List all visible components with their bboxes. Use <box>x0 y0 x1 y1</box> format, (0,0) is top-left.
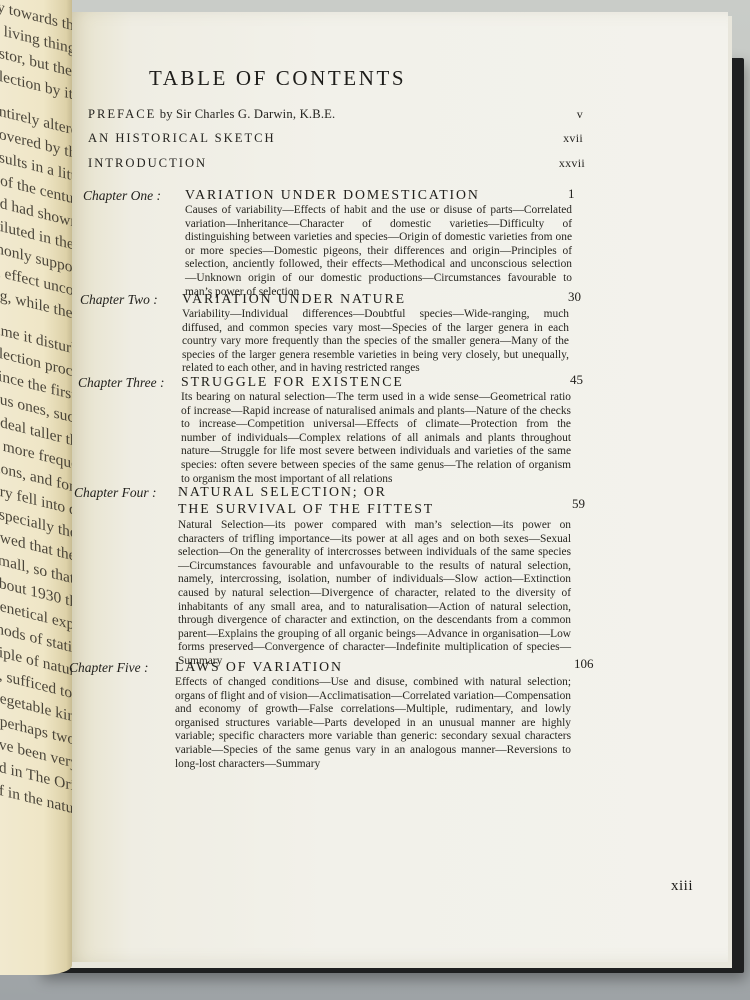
chapter-title: LAWS OF VARIATION <box>175 658 343 675</box>
chapter-description: Its bearing on natural selection—The ter… <box>181 391 571 486</box>
chapter-page-number: 106 <box>574 656 594 672</box>
toc-entry-preface: PREFACE by Sir Charles G. Darwin, K.B.E.… <box>88 107 583 122</box>
chapter-page-number: 59 <box>572 496 585 512</box>
toc-entry-historical-sketch: AN HISTORICAL SKETCH xvii <box>88 131 583 146</box>
entry-page-number: xxvii <box>559 156 585 171</box>
chapter-page-number: 45 <box>570 372 583 388</box>
chapter-label: Chapter Three : <box>78 375 165 391</box>
left-facing-page: ry towards they living thing waestor, bu… <box>0 0 72 975</box>
left-page-text: ry towards they living thing waestor, bu… <box>0 0 72 822</box>
chapter-description: Variability—Individual differences—Doubt… <box>182 308 569 376</box>
chapter-title: STRUGGLE FOR EXISTENCE <box>181 373 404 390</box>
chapter-label: Chapter Four : <box>74 485 157 501</box>
chapter-title: VARIATION UNDER DOMESTICATION <box>185 186 480 203</box>
chapter-label: Chapter One : <box>83 188 161 204</box>
entry-label-caps: PREFACE <box>88 107 156 121</box>
chapter-description: Effects of changed conditions—Use and di… <box>175 676 571 771</box>
entry-page-number: xvii <box>563 131 583 146</box>
chapter-page-number: 30 <box>568 289 581 305</box>
toc-entry-introduction: INTRODUCTION xxvii <box>88 156 585 171</box>
entry-label-caps: AN HISTORICAL SKETCH <box>88 131 276 145</box>
page-title: TABLE OF CONTENTS <box>149 66 406 91</box>
chapter-title: NATURAL SELECTION; OR THE SURVIVAL OF TH… <box>178 483 434 517</box>
chapter-label: Chapter Five : <box>69 660 148 676</box>
chapter-description: Natural Selection—its power compared wit… <box>178 519 571 669</box>
entry-label-caps: INTRODUCTION <box>88 156 207 170</box>
chapter-page-number: 1 <box>568 186 575 202</box>
chapter-description: Causes of variability—Effects of habit a… <box>185 204 572 299</box>
chapter-title: VARIATION UNDER NATURE <box>182 290 406 307</box>
chapter-label: Chapter Two : <box>80 292 158 308</box>
entry-page-number: v <box>577 107 583 122</box>
entry-label-rest: by Sir Charles G. Darwin, K.B.E. <box>156 107 335 121</box>
page-number-folio: xiii <box>671 878 693 895</box>
